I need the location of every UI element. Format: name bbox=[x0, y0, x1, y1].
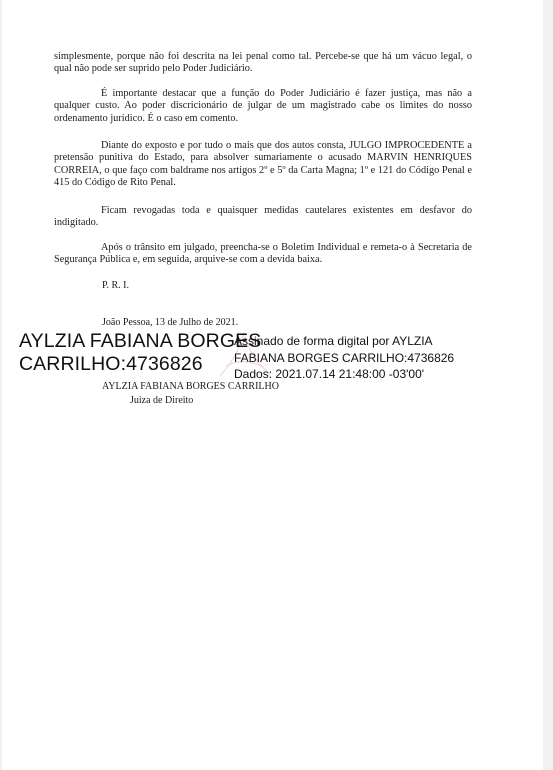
signature-details-line-2: FABIANA BORGES CARRILHO:4736826 bbox=[234, 350, 454, 367]
paragraph-after-judgment: Após o trânsito em julgado, preencha-se … bbox=[54, 242, 472, 267]
paragraph-1: simplesmente, porque não foi descrita na… bbox=[54, 51, 472, 76]
paragraph-measures: Ficam revogadas toda e quaisquer medidas… bbox=[54, 205, 472, 230]
closing-pri: P. R. I. bbox=[102, 280, 129, 291]
signer-role: Juiza de Direito bbox=[130, 395, 193, 406]
paragraph-verdict: Diante do exposto e por tudo o mais que … bbox=[54, 140, 472, 189]
signature-name-line-2: CARRILHO:4736826 bbox=[19, 353, 261, 376]
signature-name-line-1: AYLZIA FABIANA BORGES bbox=[19, 330, 261, 353]
signer-name: AYLZIA FABIANA BORGES CARRILHO bbox=[102, 381, 279, 392]
signature-details-line-1: Assinado de forma digital por AYLZIA bbox=[234, 333, 454, 350]
digital-signature-details: Assinado de forma digital por AYLZIA FAB… bbox=[234, 333, 454, 383]
place-date: João Pessoa, 13 de Julho de 2021. bbox=[102, 317, 238, 328]
paragraph-2: É importante destacar que a função do Po… bbox=[54, 88, 472, 125]
document-page: simplesmente, porque não foi descrita na… bbox=[2, 0, 543, 770]
digital-signature-name: AYLZIA FABIANA BORGES CARRILHO:4736826 bbox=[19, 330, 261, 376]
